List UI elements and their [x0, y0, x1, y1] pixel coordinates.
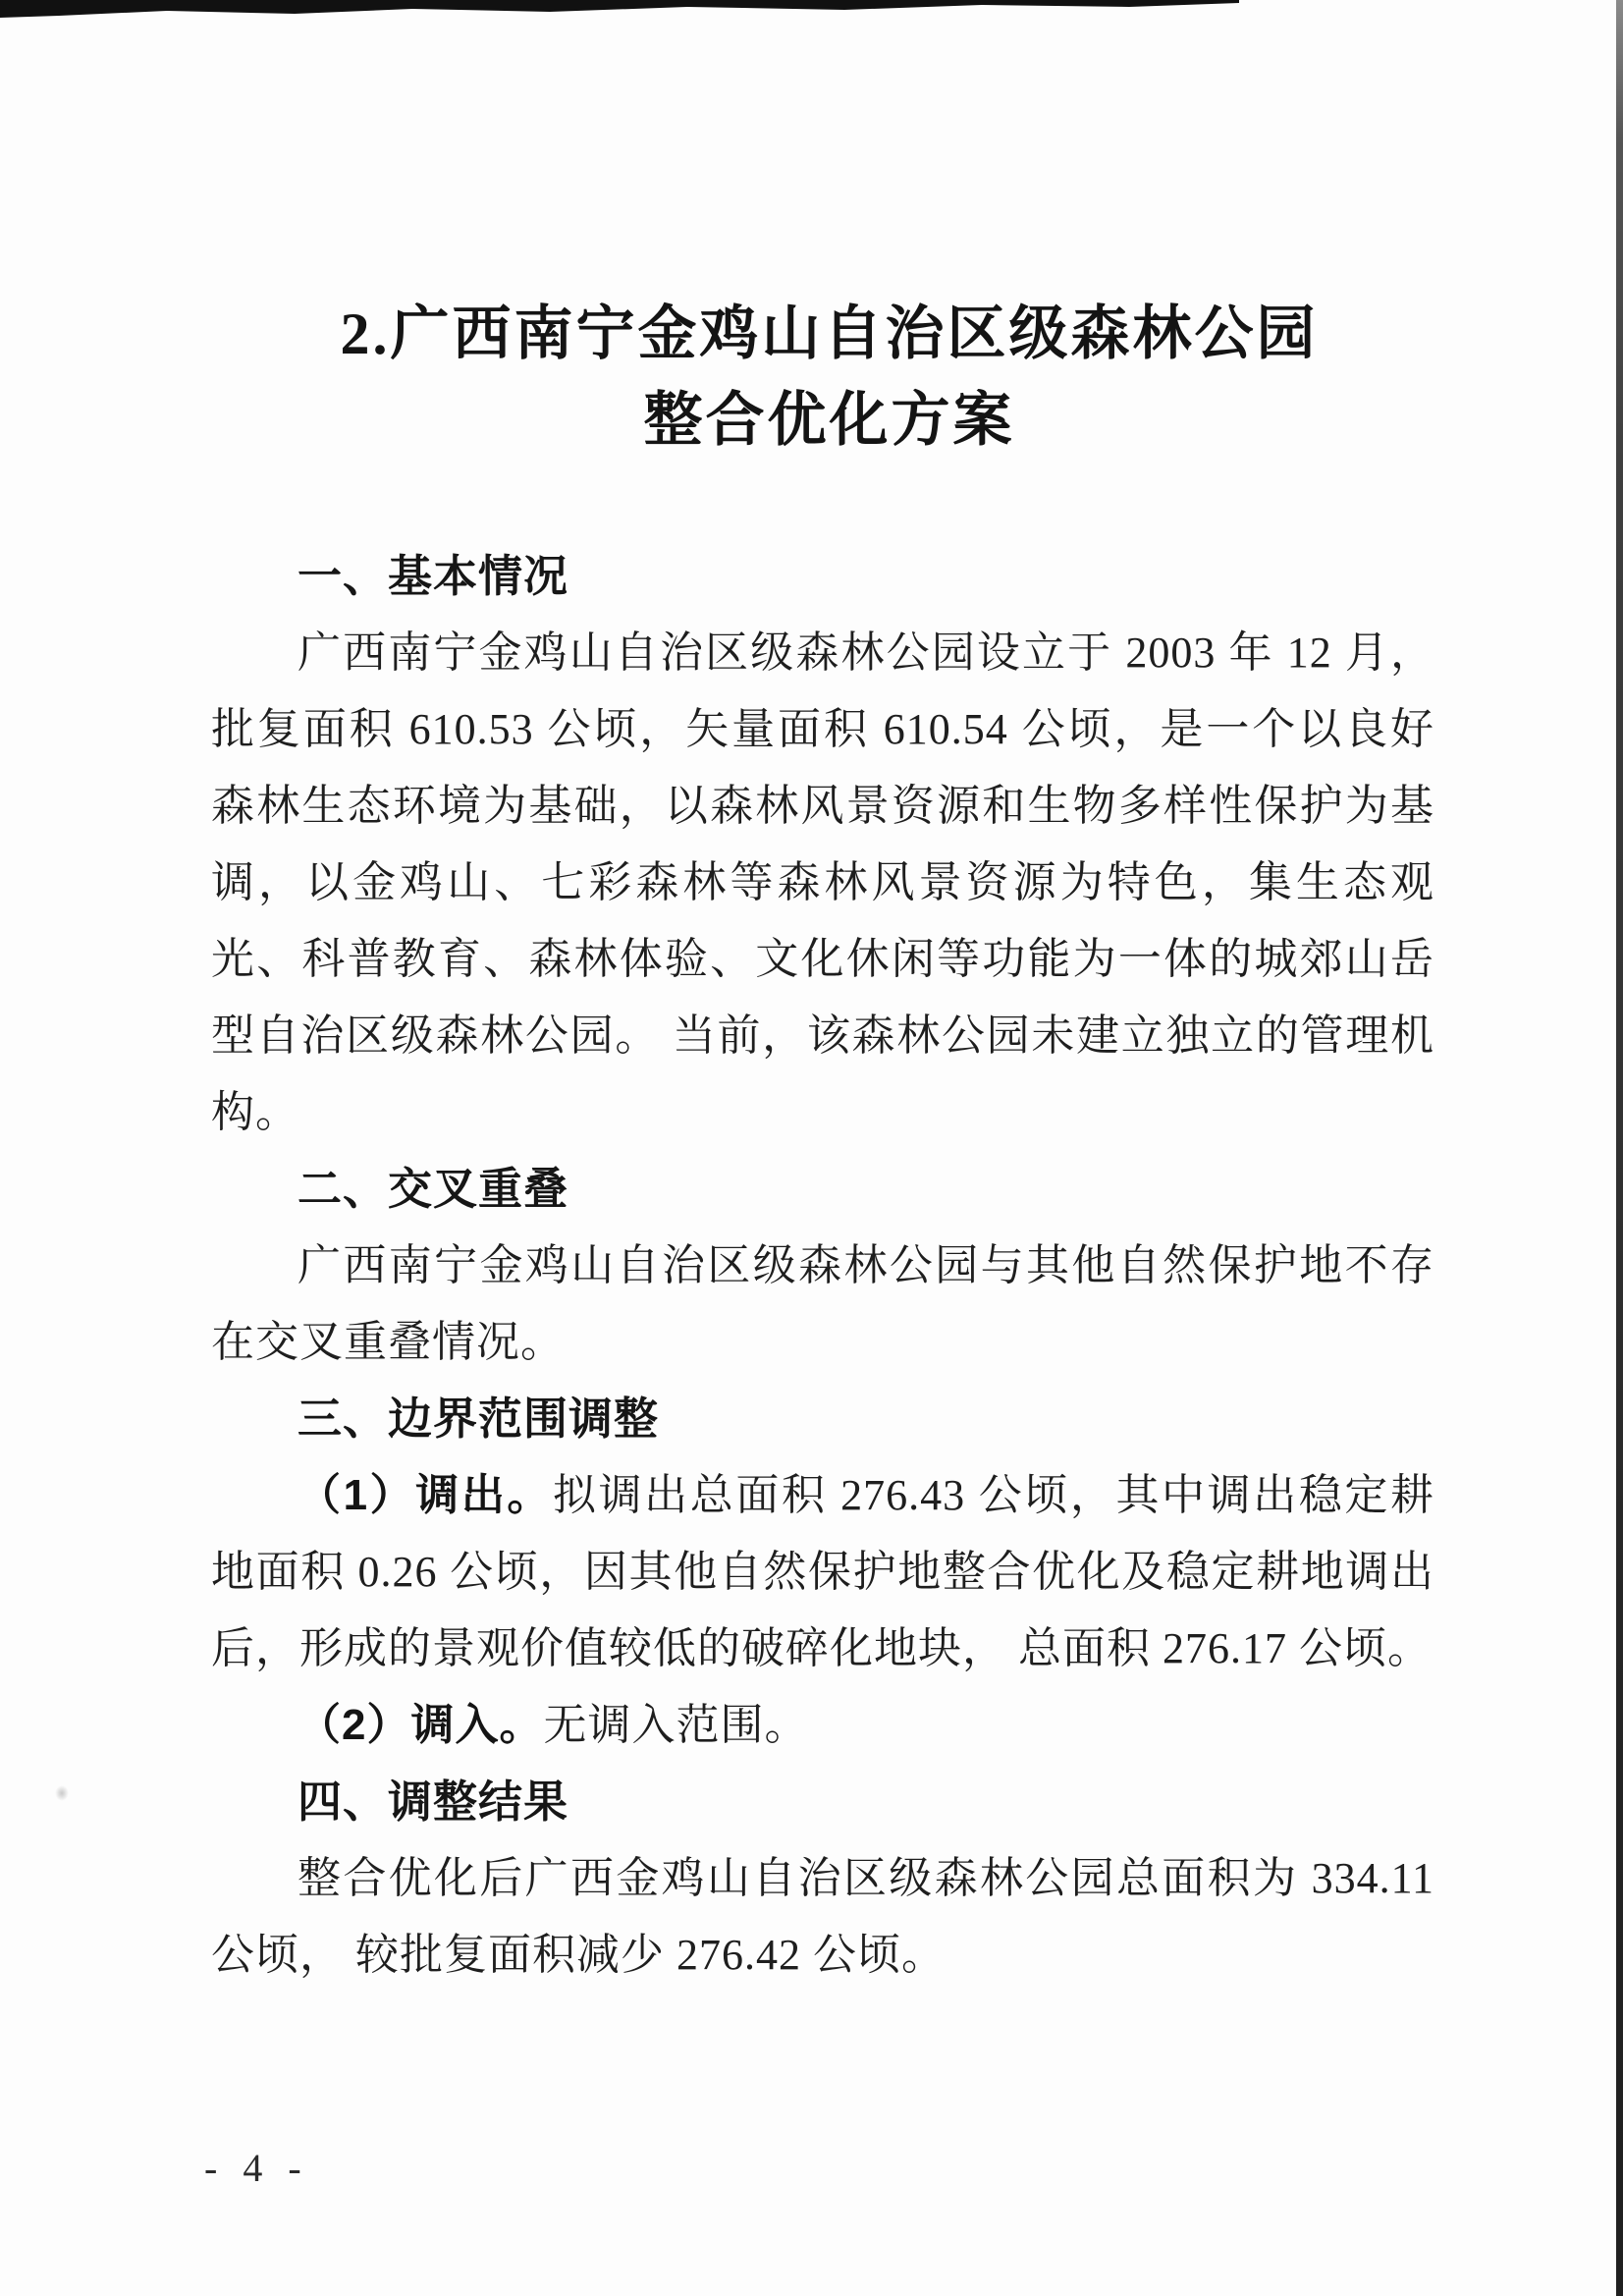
- paragraph-text-transfer-in: 无调入范围。: [543, 1701, 808, 1749]
- section-boundary-adjustment: 三、边界范围调整 （1）调出。拟调出总面积 276.43 公顷，其中调出稳定耕地…: [211, 1381, 1434, 1764]
- section-overlap: 二、交叉重叠 广西南宁金鸡山自治区级森林公园与其他自然保护地不存在交叉重叠情况。: [211, 1151, 1434, 1381]
- paragraph-adjustment-result: 整合优化后广西金鸡山自治区级森林公园总面积为 334.11 公顷， 较批复面积减…: [211, 1840, 1434, 1994]
- paragraph-lead-transfer-out: （1）调出。: [298, 1471, 553, 1519]
- heading-boundary-adjustment: 三、边界范围调整: [211, 1381, 1434, 1457]
- document-title: 2.广西南宁金鸡山自治区级森林公园 整合优化方案: [18, 291, 1623, 464]
- document-body: 一、基本情况 广西南宁金鸡山自治区级森林公园设立于 2003 年 12 月，批复…: [211, 538, 1434, 1994]
- heading-adjustment-result: 四、调整结果: [211, 1764, 1434, 1840]
- paragraph-transfer-in: （2）调入。无调入范围。: [211, 1687, 1434, 1764]
- section-adjustment-result: 四、调整结果 整合优化后广西金鸡山自治区级森林公园总面积为 334.11 公顷，…: [211, 1764, 1434, 1994]
- page-number: - 4 -: [204, 2145, 309, 2191]
- section-basic-info: 一、基本情况 广西南宁金鸡山自治区级森林公园设立于 2003 年 12 月，批复…: [211, 538, 1434, 1151]
- heading-overlap: 二、交叉重叠: [211, 1151, 1434, 1228]
- document-title-line-2: 整合优化方案: [18, 377, 1623, 464]
- scan-speck-artifact: [55, 1785, 69, 1801]
- scan-edge-artifact-top: [0, 0, 1239, 18]
- document-page: 2.广西南宁金鸡山自治区级森林公园 整合优化方案 一、基本情况 广西南宁金鸡山自…: [0, 0, 1623, 2296]
- paragraph-basic-info: 广西南宁金鸡山自治区级森林公园设立于 2003 年 12 月，批复面积 610.…: [211, 615, 1434, 1151]
- heading-basic-info: 一、基本情况: [211, 538, 1434, 615]
- paragraph-lead-transfer-in: （2）调入。: [298, 1701, 543, 1749]
- paragraph-overlap: 广西南宁金鸡山自治区级森林公园与其他自然保护地不存在交叉重叠情况。: [211, 1228, 1434, 1381]
- document-title-line-1: 2.广西南宁金鸡山自治区级森林公园: [18, 291, 1623, 377]
- paragraph-transfer-out: （1）调出。拟调出总面积 276.43 公顷，其中调出稳定耕地面积 0.26 公…: [211, 1457, 1434, 1687]
